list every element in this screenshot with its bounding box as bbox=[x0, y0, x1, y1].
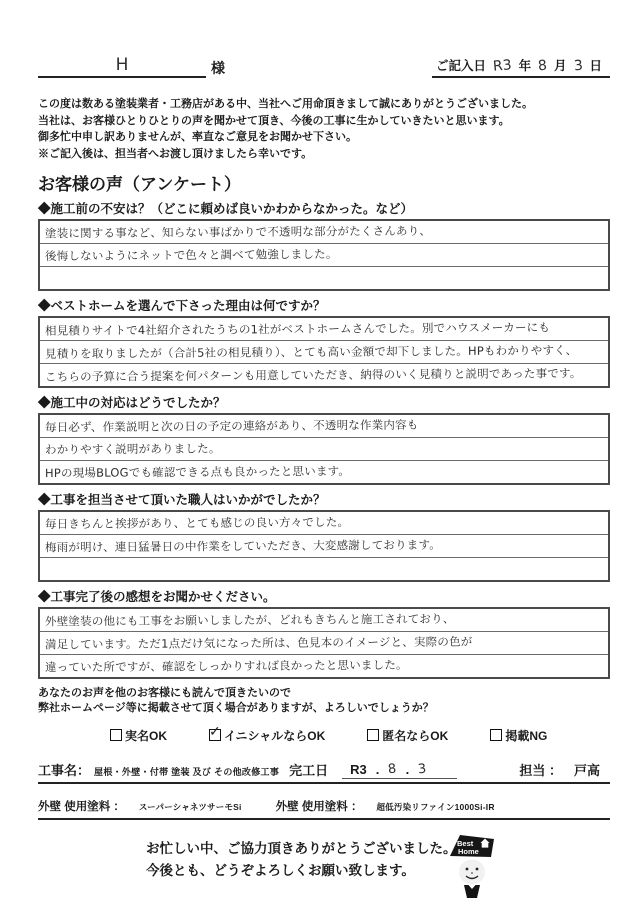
option-publish-ng: 掲載NG bbox=[490, 727, 547, 744]
project-row: 工事名： 屋根・外壁・付帯 塗装 及び その他改修工事 完工日 R3 . 8 .… bbox=[38, 760, 610, 784]
paint-label-1: 外壁 使用塗料 ： bbox=[38, 798, 125, 814]
project-name-value: 屋根・外壁・付帯 塗装 及び その他改修工事 bbox=[94, 765, 279, 778]
answer-row: 毎日必ず、作業説明と次の日の予定の連絡があり、不透明な作業内容も bbox=[40, 415, 608, 437]
paint-value-2: 超低汚染リファイン1000Si-IR bbox=[376, 801, 494, 813]
year-unit: 年 bbox=[519, 56, 532, 74]
answer-text: HPの現場BLOGでも確認できる点も良かったと思います。 bbox=[45, 463, 350, 481]
customer-name: H bbox=[116, 55, 129, 75]
intro-line-4: ※ご記入後は、担当者へお渡し頂けましたら幸いです。 bbox=[38, 146, 610, 163]
answer-box-2: 相見積りサイトで4社紹介されたうちの1社がベストホームさんでした。別でハウスメー… bbox=[38, 316, 610, 388]
mascot-nose bbox=[471, 872, 473, 874]
paint-label-2: 外壁 使用塗料 ： bbox=[276, 798, 363, 814]
option-label: 掲載NG bbox=[505, 727, 547, 744]
answer-box-4: 毎日きちんと挨拶があり、とても感じの良い方々でした。 梅雨が明け、連日猛暑日の中… bbox=[38, 510, 610, 582]
answer-box-3: 毎日必ず、作業説明と次の日の予定の連絡があり、不透明な作業内容も わかりやすく説… bbox=[38, 413, 610, 485]
answer-text: 梅雨が明け、連日猛暑日の中作業をしていただき、大変感謝しております。 bbox=[45, 537, 441, 556]
question-block-5: ◆工事完了後の感想をお聞かせください。 外壁塗装の他にも工事をお願いしましたが、… bbox=[38, 589, 610, 679]
date-separator: . bbox=[406, 762, 410, 777]
answer-row: 毎日きちんと挨拶があり、とても感じの良い方々でした。 bbox=[40, 512, 608, 534]
completion-date-value: R3 . 8 . 3 bbox=[342, 762, 456, 779]
completion-month: 8 bbox=[388, 762, 398, 778]
option-initial-ok: イニシャルならOK bbox=[209, 727, 325, 744]
question-block-3: ◆施工中の対応はどうでしたか？ 毎日必ず、作業説明と次の日の予定の連絡があり、不… bbox=[38, 395, 610, 485]
answer-row bbox=[40, 266, 608, 289]
closing-block: お忙しい中、ご協力頂きありがとうございました。 今後とも、どうぞよろしくお願い致… bbox=[38, 838, 610, 882]
entry-date-label: ご記入日 bbox=[436, 56, 486, 74]
manager-name: 戸高 bbox=[574, 760, 600, 779]
answer-text: 塗装に関する事など、知らない事ばかりで不透明な部分がたくさんあり、 bbox=[45, 223, 431, 242]
option-anonymous-ok: 匿名ならOK bbox=[367, 727, 448, 744]
option-real-name: 実名OK bbox=[110, 727, 167, 744]
intro-line-1: この度は数ある塗装業者・工務店がある中、当社へご用命頂きまして誠にありがとうござ… bbox=[38, 96, 610, 113]
survey-page: H 様 ご記入日 R3 年 8 月 3 日 この度は数ある塗装業者・工務店がある… bbox=[0, 0, 640, 907]
answer-text: こちらの予算に合う提案を何パターンも用意していただき、納得のいく見積りと説明であ… bbox=[45, 365, 582, 385]
answer-row: わかりやすく説明がありました。 bbox=[40, 437, 608, 460]
answer-row: 梅雨が明け、連日猛暑日の中作業をしていただき、大変感謝しております。 bbox=[40, 534, 608, 557]
answer-text: 見積りを取りましたが（合計5社の相見積り）、とても高い金額で却下しました。HPも… bbox=[45, 342, 577, 362]
consent-options: 実名OK イニシャルならOK 匿名ならOK 掲載NG bbox=[38, 726, 610, 744]
answer-row: 違っていた所ですが、確認をしっかりすれば良かったと思いました。 bbox=[40, 654, 608, 677]
mascot-text-line2: Home bbox=[458, 847, 479, 856]
manager-group: 担当 ： 戸高 bbox=[519, 760, 610, 779]
paint-value-1: スーパーシャネツサーモSi bbox=[139, 801, 242, 813]
entry-year-value: R3 bbox=[492, 57, 512, 75]
answer-box-5: 外壁塗装の他にも工事をお願いしましたが、どれもきちんと施工されており、 満足して… bbox=[38, 607, 610, 679]
answer-row: 見積りを取りましたが（合計5社の相見積り）、とても高い金額で却下しました。HPも… bbox=[40, 340, 608, 363]
name-honorific: 様 bbox=[211, 58, 225, 78]
paint-item-2: 外壁 使用塗料 ： 超低汚染リファイン1000Si-IR bbox=[276, 798, 495, 814]
consent-line-1: あなたのお声を他のお客様にも読んで頂きたいので bbox=[38, 686, 610, 701]
day-unit: 日 bbox=[589, 56, 602, 74]
house-icon-body bbox=[482, 843, 489, 848]
answer-row: 外壁塗装の他にも工事をお願いしましたが、どれもきちんと施工されており、 bbox=[40, 609, 608, 631]
mascot-face bbox=[459, 860, 485, 885]
question-4-label: ◆工事を担当させて頂いた職人はいかがでしたか？ bbox=[38, 492, 610, 508]
intro-line-2: 当社は、お客様ひとりひとりの声を聞かせて頂き、今後の工事に生かしていきたいと思い… bbox=[38, 113, 610, 130]
answer-text: 毎日きちんと挨拶があり、とても感じの良い方々でした。 bbox=[45, 514, 349, 532]
project-name-label: 工事名： bbox=[38, 760, 90, 779]
paint-item-1: 外壁 使用塗料 ： スーパーシャネツサーモSi bbox=[38, 798, 242, 814]
option-label: 実名OK bbox=[125, 727, 167, 744]
question-block-1: ◆施工前の不安は？（どこに頼めば良いかわからなかった。など） 塗装に関する事など… bbox=[38, 201, 610, 291]
answer-text: 後悔しないようにネットで色々と調べて勉強しました。 bbox=[45, 246, 338, 264]
intro-paragraph: この度は数ある塗装業者・工務店がある中、当社へご用命頂きまして誠にありがとうござ… bbox=[38, 96, 610, 162]
answer-row bbox=[40, 557, 608, 580]
entry-day-value: 3 bbox=[573, 58, 583, 75]
closing-line-1: お忙しい中、ご協力頂きありがとうございました。 bbox=[146, 838, 610, 860]
date-separator: . bbox=[376, 762, 380, 777]
answer-text: 違っていた所ですが、確認をしっかりすれば良かったと思いました。 bbox=[45, 657, 408, 676]
question-3-label: ◆施工中の対応はどうでしたか？ bbox=[38, 395, 610, 411]
completion-day: 3 bbox=[418, 762, 428, 778]
closing-line-2: 今後とも、どうぞよろしくお願い致します。 bbox=[146, 860, 610, 882]
answer-row: 満足しています。ただ1点だけ気になった所は、色見本のイメージと、実際の色が bbox=[40, 631, 608, 654]
option-label: 匿名ならOK bbox=[382, 727, 448, 744]
mascot-eye-left bbox=[466, 868, 469, 871]
header: H 様 ご記入日 R3 年 8 月 3 日 bbox=[38, 46, 610, 78]
consent-line-2: 弊社ホームページ等に掲載させて頂く場合がありますが、よろしいでしょうか？ bbox=[38, 701, 610, 716]
checkbox-anonymous-ok bbox=[367, 729, 379, 741]
paint-row: 外壁 使用塗料 ： スーパーシャネツサーモSi 外壁 使用塗料 ： 超低汚染リフ… bbox=[38, 796, 610, 820]
answer-text: 満足しています。ただ1点だけ気になった所は、色見本のイメージと、実際の色が bbox=[45, 634, 473, 653]
customer-name-group: H 様 bbox=[38, 55, 225, 78]
entry-month-value: 8 bbox=[537, 58, 547, 75]
question-5-label: ◆工事完了後の感想をお聞かせください。 bbox=[38, 589, 610, 605]
completion-era: R3 bbox=[350, 762, 367, 777]
answer-row: 後悔しないようにネットで色々と調べて勉強しました。 bbox=[40, 243, 608, 266]
answer-row: 相見積りサイトで4社紹介されたうちの1社がベストホームさんでした。別でハウスメー… bbox=[40, 318, 608, 340]
month-unit: 月 bbox=[554, 56, 567, 74]
checkbox-initial-ok bbox=[209, 729, 221, 741]
manager-label: 担当 ： bbox=[519, 760, 562, 779]
answer-box-1: 塗装に関する事など、知らない事ばかりで不透明な部分がたくさんあり、 後悔しないよ… bbox=[38, 219, 610, 291]
answer-text: 毎日必ず、作業説明と次の日の予定の連絡があり、不透明な作業内容も bbox=[45, 417, 419, 436]
mascot-eye-right bbox=[476, 868, 479, 871]
completion-date-label: 完工日 bbox=[289, 760, 328, 779]
question-block-4: ◆工事を担当させて頂いた職人はいかがでしたか？ 毎日きちんと挨拶があり、とても感… bbox=[38, 492, 610, 582]
option-label: イニシャルならOK bbox=[224, 727, 325, 744]
answer-text: わかりやすく説明がありました。 bbox=[45, 440, 221, 457]
answer-text: 外壁塗装の他にも工事をお願いしましたが、どれもきちんと施工されており、 bbox=[45, 611, 455, 630]
answer-row: 塗装に関する事など、知らない事ばかりで不透明な部分がたくさんあり、 bbox=[40, 221, 608, 243]
question-2-label: ◆ベストホームを選んで下さった理由は何ですか？ bbox=[38, 298, 610, 314]
answer-row: HPの現場BLOGでも確認できる点も良かったと思います。 bbox=[40, 460, 608, 483]
checkbox-real-name bbox=[110, 729, 122, 741]
best-home-mascot-icon: Best Home bbox=[446, 832, 498, 900]
answer-text: 相見積りサイトで4社紹介されたうちの1社がベストホームさんでした。別でハウスメー… bbox=[45, 319, 550, 339]
intro-line-3: 御多忙中申し訳ありませんが、率直なご意見をお聞かせ下さい。 bbox=[38, 129, 610, 146]
checkbox-publish-ng bbox=[490, 729, 502, 741]
question-block-2: ◆ベストホームを選んで下さった理由は何ですか？ 相見積りサイトで4社紹介されたう… bbox=[38, 298, 610, 388]
survey-title: お客様の声（アンケート） bbox=[38, 170, 610, 195]
entry-date-group: ご記入日 R3 年 8 月 3 日 bbox=[432, 56, 610, 78]
question-1-label: ◆施工前の不安は？（どこに頼めば良いかわからなかった。など） bbox=[38, 201, 610, 217]
answer-row: こちらの予算に合う提案を何パターンも用意していただき、納得のいく見積りと説明であ… bbox=[40, 363, 608, 386]
consent-intro: あなたのお声を他のお客様にも読んで頂きたいので 弊社ホームページ等に掲載させて頂… bbox=[38, 686, 610, 716]
name-underline: H bbox=[38, 55, 206, 78]
